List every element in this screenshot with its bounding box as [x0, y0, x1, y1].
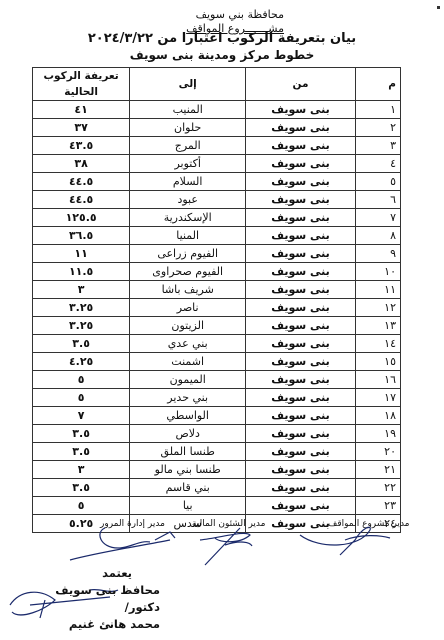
- route-destination: شريف باشا: [130, 281, 246, 299]
- table-row: ١٩بنى سويفدلاص٣.٥: [33, 425, 401, 443]
- table-row: ٤بنى سويفأكتوبر٣٨: [33, 155, 401, 173]
- table-row: ٧بنى سويفالإسكندرية١٢٥.٥: [33, 209, 401, 227]
- table-row: ٣بنى سويفالمرج٤٣.٥: [33, 137, 401, 155]
- route-destination: الفيوم زراعى: [130, 245, 246, 263]
- fare-value: ٣٨: [33, 155, 130, 173]
- route-destination: بني قاسم: [130, 479, 246, 497]
- column-header-from: من: [246, 68, 356, 101]
- document-title: بيان بتعريفة الركوب اعتبارا من ٢٠٢٤/٣/٢٢: [0, 31, 444, 46]
- table-row: ١٣بنى سويفالزيتون٣.٢٥: [33, 317, 401, 335]
- governorate-name: محافظة بني سويف: [186, 8, 284, 22]
- fare-value: ٣.٢٥: [33, 299, 130, 317]
- route-origin: بنى سويف: [246, 479, 356, 497]
- approval-label: يعتمد: [40, 565, 160, 582]
- fare-value: ٣.٥: [33, 425, 130, 443]
- fare-value: ٤٤.٥: [33, 191, 130, 209]
- approver-name: محمد هانئ غنيم: [40, 616, 160, 633]
- row-number: ٢٢: [355, 479, 400, 497]
- route-origin: بنى سويف: [246, 119, 356, 137]
- route-destination: بني عدي: [130, 335, 246, 353]
- route-origin: بنى سويف: [246, 209, 356, 227]
- approver-title: دكتور/: [40, 599, 160, 616]
- route-origin: بنى سويف: [246, 155, 356, 173]
- row-number: ١٩: [355, 425, 400, 443]
- approval-block: يعتمد محافظ بنى سويف دكتور/ محمد هانئ غن…: [40, 565, 160, 633]
- table-row: ٨بنى سويفالمنيا٣٦.٥: [33, 227, 401, 245]
- fare-value: ٣: [33, 281, 130, 299]
- route-origin: بنى سويف: [246, 335, 356, 353]
- table-row: ٢١بنى سويفطنسا بني مالو٣: [33, 461, 401, 479]
- route-destination: الميمون: [130, 371, 246, 389]
- row-number: ١٥: [355, 353, 400, 371]
- route-origin: بنى سويف: [246, 299, 356, 317]
- route-origin: بنى سويف: [246, 173, 356, 191]
- route-destination: دلاص: [130, 425, 246, 443]
- route-origin: بنى سويف: [246, 389, 356, 407]
- route-destination: الفيوم صحراوى: [130, 263, 246, 281]
- row-number: ١٠: [355, 263, 400, 281]
- table-row: ١١بنى سويفشريف باشا٣: [33, 281, 401, 299]
- route-origin: بنى سويف: [246, 461, 356, 479]
- table-row: ١٠بنى سويفالفيوم صحراوى١١.٥: [33, 263, 401, 281]
- route-origin: بنى سويف: [246, 281, 356, 299]
- fare-value: ٣.٥: [33, 479, 130, 497]
- fare-value: ٥: [33, 371, 130, 389]
- fare-value: ٣٧: [33, 119, 130, 137]
- row-number: ١٤: [355, 335, 400, 353]
- row-number: ٥: [355, 173, 400, 191]
- column-header-number: م: [355, 68, 400, 101]
- row-number: ١١: [355, 281, 400, 299]
- document-subtitle: خطوط مركز ومدينة بنى سويف: [0, 48, 444, 62]
- table-row: ١٧بنى سويفبني حدير٥: [33, 389, 401, 407]
- fare-value: ٧: [33, 407, 130, 425]
- route-destination: أكتوبر: [130, 155, 246, 173]
- row-number: ١٧: [355, 389, 400, 407]
- route-origin: بنى سويف: [246, 137, 356, 155]
- row-number: ٣: [355, 137, 400, 155]
- route-destination: الزيتون: [130, 317, 246, 335]
- route-destination: الواسطي: [130, 407, 246, 425]
- table-row: ٢بنى سويفحلوان٣٧: [33, 119, 401, 137]
- row-number: ١٦: [355, 371, 400, 389]
- column-header-fare: تعريفة الركوب الحالية: [33, 68, 130, 101]
- fare-value: ٣.٢٥: [33, 317, 130, 335]
- table-header-row: م من إلى تعريفة الركوب الحالية: [33, 68, 401, 101]
- route-destination: السلام: [130, 173, 246, 191]
- row-number: ٦: [355, 191, 400, 209]
- scan-mark: [437, 6, 440, 9]
- route-destination: المنيب: [130, 101, 246, 119]
- route-origin: بنى سويف: [246, 371, 356, 389]
- fare-value: ٣٦.٥: [33, 227, 130, 245]
- fare-value: ٥: [33, 389, 130, 407]
- table-row: ٩بنى سويفالفيوم زراعى١١: [33, 245, 401, 263]
- row-number: ٩: [355, 245, 400, 263]
- route-origin: بنى سويف: [246, 407, 356, 425]
- table-row: ٢٢بنى سويفبني قاسم٣.٥: [33, 479, 401, 497]
- route-origin: بنى سويف: [246, 227, 356, 245]
- row-number: ١٨: [355, 407, 400, 425]
- route-destination: المرج: [130, 137, 246, 155]
- route-destination: طنسا الملق: [130, 443, 246, 461]
- route-origin: بنى سويف: [246, 425, 356, 443]
- row-number: ٤: [355, 155, 400, 173]
- fare-value: ١٢٥.٥: [33, 209, 130, 227]
- table-row: ١٤بنى سويفبني عدي٣.٥: [33, 335, 401, 353]
- route-destination: طنسا بني مالو: [130, 461, 246, 479]
- route-origin: بنى سويف: [246, 317, 356, 335]
- route-destination: المنيا: [130, 227, 246, 245]
- route-destination: عبود: [130, 191, 246, 209]
- table-row: ١٦بنى سويفالميمون٥: [33, 371, 401, 389]
- row-number: ١: [355, 101, 400, 119]
- route-destination: ناصر: [130, 299, 246, 317]
- table-row: ١٨بنى سويفالواسطي٧: [33, 407, 401, 425]
- row-number: ١٢: [355, 299, 400, 317]
- table-row: ٢٠بنى سويفطنسا الملق٣.٥: [33, 443, 401, 461]
- route-destination: اشمنت: [130, 353, 246, 371]
- route-destination: بني حدير: [130, 389, 246, 407]
- route-origin: بنى سويف: [246, 245, 356, 263]
- row-number: ٢: [355, 119, 400, 137]
- fare-value: ٣.٥: [33, 443, 130, 461]
- fare-value: ٤.٢٥: [33, 353, 130, 371]
- row-number: ٢٠: [355, 443, 400, 461]
- row-number: ٢١: [355, 461, 400, 479]
- route-origin: بنى سويف: [246, 353, 356, 371]
- route-origin: بنى سويف: [246, 101, 356, 119]
- route-destination: حلوان: [130, 119, 246, 137]
- fare-value: ١١.٥: [33, 263, 130, 281]
- table-row: ١بنى سويفالمنيب٤١: [33, 101, 401, 119]
- row-number: ٧: [355, 209, 400, 227]
- table-row: ١٥بنى سويفاشمنت٤.٢٥: [33, 353, 401, 371]
- fare-value: ١١: [33, 245, 130, 263]
- table-row: ٦بنى سويفعبود٤٤.٥: [33, 191, 401, 209]
- approver-role: محافظ بنى سويف: [40, 582, 160, 599]
- column-header-to: إلى: [130, 68, 246, 101]
- fare-value: ٣: [33, 461, 130, 479]
- fare-table: م من إلى تعريفة الركوب الحالية ١بنى سويف…: [32, 67, 401, 533]
- route-origin: بنى سويف: [246, 443, 356, 461]
- table-row: ٥بنى سويفالسلام٤٤.٥: [33, 173, 401, 191]
- row-number: ٨: [355, 227, 400, 245]
- fare-value: ٤١: [33, 101, 130, 119]
- route-origin: بنى سويف: [246, 191, 356, 209]
- fare-value: ٤٣.٥: [33, 137, 130, 155]
- fare-value: ٣.٥: [33, 335, 130, 353]
- route-destination: الإسكندرية: [130, 209, 246, 227]
- fare-value: ٤٤.٥: [33, 173, 130, 191]
- route-origin: بنى سويف: [246, 263, 356, 281]
- table-row: ١٢بنى سويفناصر٣.٢٥: [33, 299, 401, 317]
- row-number: ١٣: [355, 317, 400, 335]
